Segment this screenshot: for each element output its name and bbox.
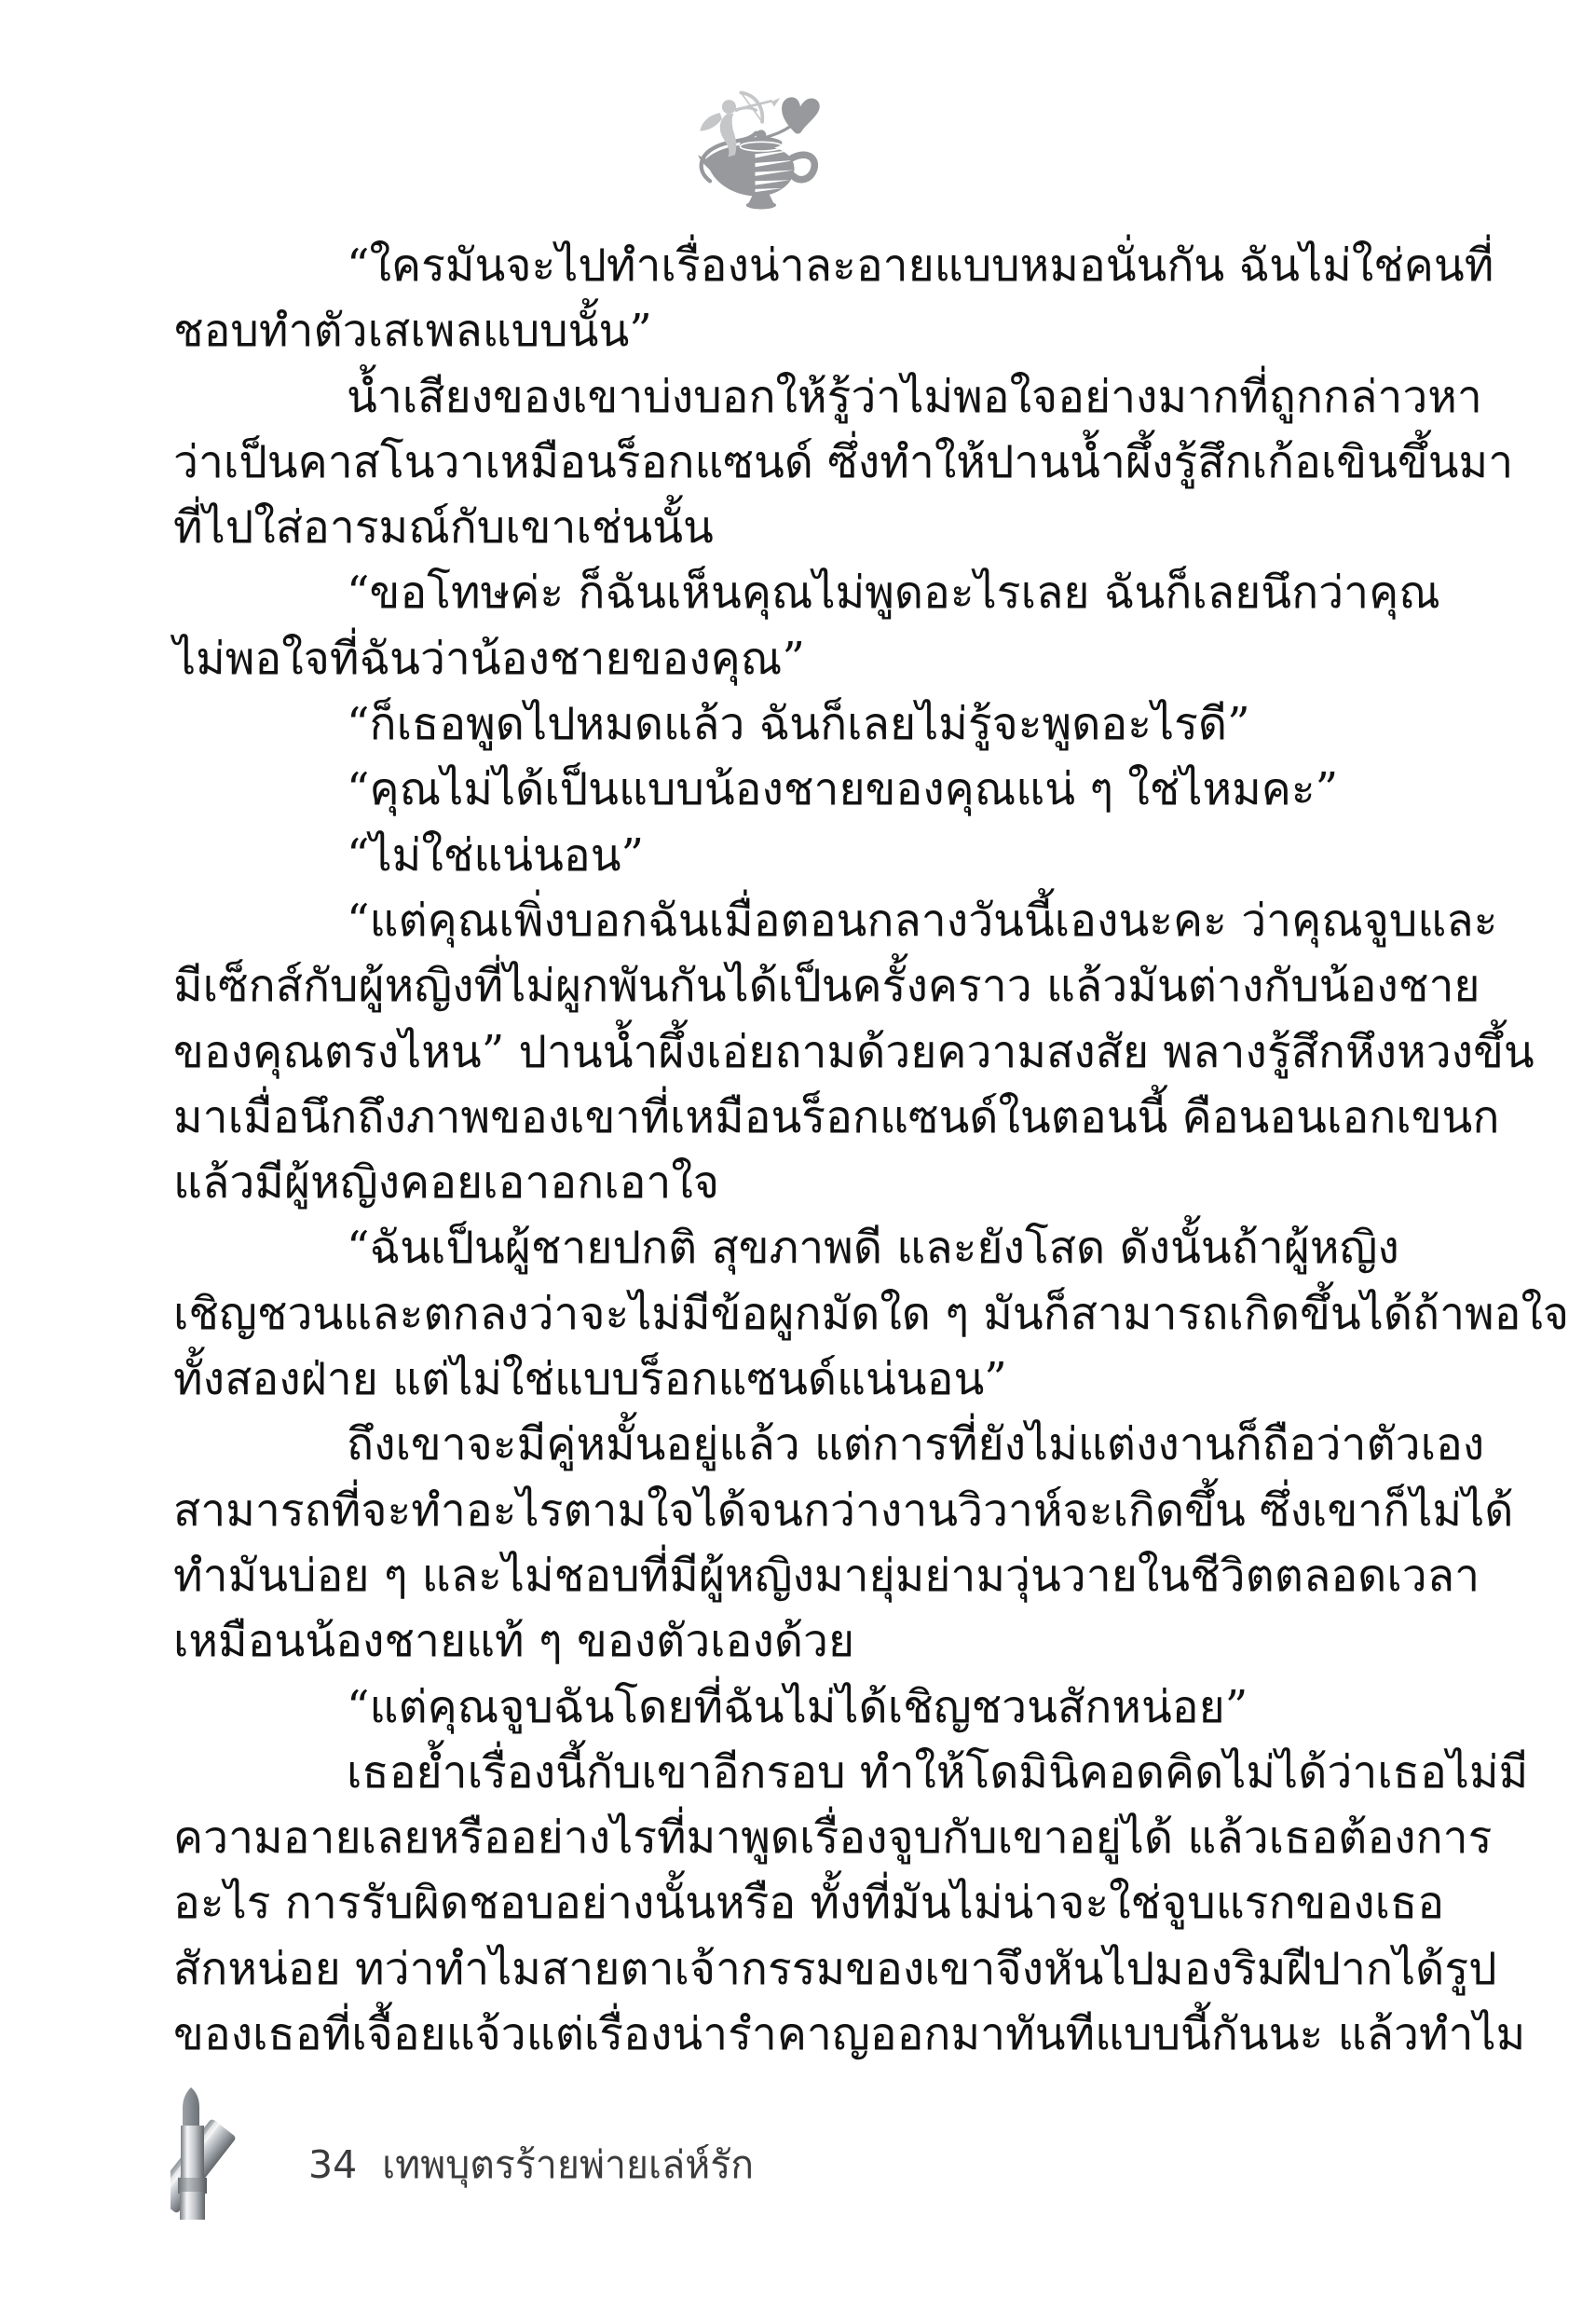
text-line: “แต่คุณจูบฉันโดยที่ฉันไม่ได้เชิญชวนสักหน… (173, 1675, 1431, 1740)
book-title: เทพบุตรร้ายพ่ายเล่ห์รัก (382, 2135, 754, 2195)
text-line: “คุณไม่ได้เป็นแบบน้องชายของคุณแน่ ๆ ใช่ไ… (173, 757, 1431, 822)
text-line: “ฉันเป็นผู้ชายปกติ สุขภาพดี และยังโสด ดั… (173, 1215, 1431, 1280)
text-line: ไม่พอใจที่ฉันว่าน้องชายของคุณ” (173, 626, 1431, 691)
text-line: “ขอโทษค่ะ ก็ฉันเห็นคุณไม่พูดอะไรเลย ฉันก… (173, 560, 1431, 625)
cupid-lamp-ornament-icon (697, 86, 827, 216)
text-line: ของคุณตรงไหน” ปานน้ำผึ้งเอ่ยถามด้วยความส… (173, 1019, 1431, 1085)
text-line: เหมือนน้องชายแท้ ๆ ของตัวเองด้วย (173, 1608, 1431, 1674)
text-line: ทำมันบ่อย ๆ และไม่ชอบที่มีผู้หญิงมายุ่มย… (173, 1543, 1431, 1608)
footer: 34 เทพบุตรร้ายพ่ายเล่ห์รัก (308, 2135, 754, 2195)
text-line: มาเมื่อนึกถึงภาพของเขาที่เหมือนร็อกแซนด์… (173, 1085, 1431, 1150)
text-line: ทั้งสองฝ่าย แต่ไม่ใช่แบบร็อกแซนด์แน่นอน” (173, 1347, 1431, 1412)
lipstick-icon (171, 2085, 275, 2227)
text-line: อะไร การรับผิดชอบอย่างนั้นหรือ ทั้งที่มั… (173, 1870, 1431, 1935)
text-line: ว่าเป็นคาสโนวาเหมือนร็อกแซนด์ ซึ่งทำให้ป… (173, 430, 1431, 495)
text-line: ถึงเขาจะมีคู่หมั้นอยู่แล้ว แต่การที่ยังไ… (173, 1412, 1431, 1477)
text-line: น้ำเสียงของเขาบ่งบอกให้รู้ว่าไม่พอใจอย่า… (173, 364, 1431, 430)
text-line: แล้วมีผู้หญิงคอยเอาอกเอาใจ (173, 1150, 1431, 1215)
text-line: มีเซ็กส์กับผู้หญิงที่ไม่ผูกพันกันได้เป็น… (173, 953, 1431, 1019)
text-line: ชอบทำตัวเสเพลแบบนั้น” (173, 298, 1431, 363)
text-line: “ไม่ใช่แน่นอน” (173, 823, 1431, 888)
text-line: “ก็เธอพูดไปหมดแล้ว ฉันก็เลยไม่รู้จะพูดอะ… (173, 691, 1431, 757)
page-number: 34 (308, 2142, 357, 2187)
text-line: ความอายเลยหรืออย่างไรที่มาพูดเรื่องจูบกั… (173, 1805, 1431, 1870)
text-line: “แต่คุณเพิ่งบอกฉันเมื่อตอนกลางวันนี้เองน… (173, 888, 1431, 953)
book-page: “ใครมันจะไปทำเรื่องน่าละอายแบบหมอนั่นกัน… (0, 0, 1596, 2311)
text-line: เชิญชวนและตกลงว่าจะไม่มีข้อผูกมัดใด ๆ มั… (173, 1281, 1431, 1347)
text-line: ที่ไปใส่อารมณ์กับเขาเช่นนั้น (173, 495, 1431, 560)
text-line: เธอย้ำเรื่องนี้กับเขาอีกรอบ ทำให้โดมินิค… (173, 1740, 1431, 1805)
text-line: สามารถที่จะทำอะไรตามใจได้จนกว่างานวิวาห์… (173, 1478, 1431, 1543)
text-line: สักหน่อย ทว่าทำไมสายตาเจ้ากรรมของเขาจึงห… (173, 1936, 1431, 2002)
body-text: “ใครมันจะไปทำเรื่องน่าละอายแบบหมอนั่นกัน… (173, 233, 1431, 2067)
text-line: “ใครมันจะไปทำเรื่องน่าละอายแบบหมอนั่นกัน… (173, 233, 1431, 298)
text-line: ของเธอที่เจื้อยแจ้วแต่เรื่องน่ารำคาญออกม… (173, 2002, 1431, 2067)
